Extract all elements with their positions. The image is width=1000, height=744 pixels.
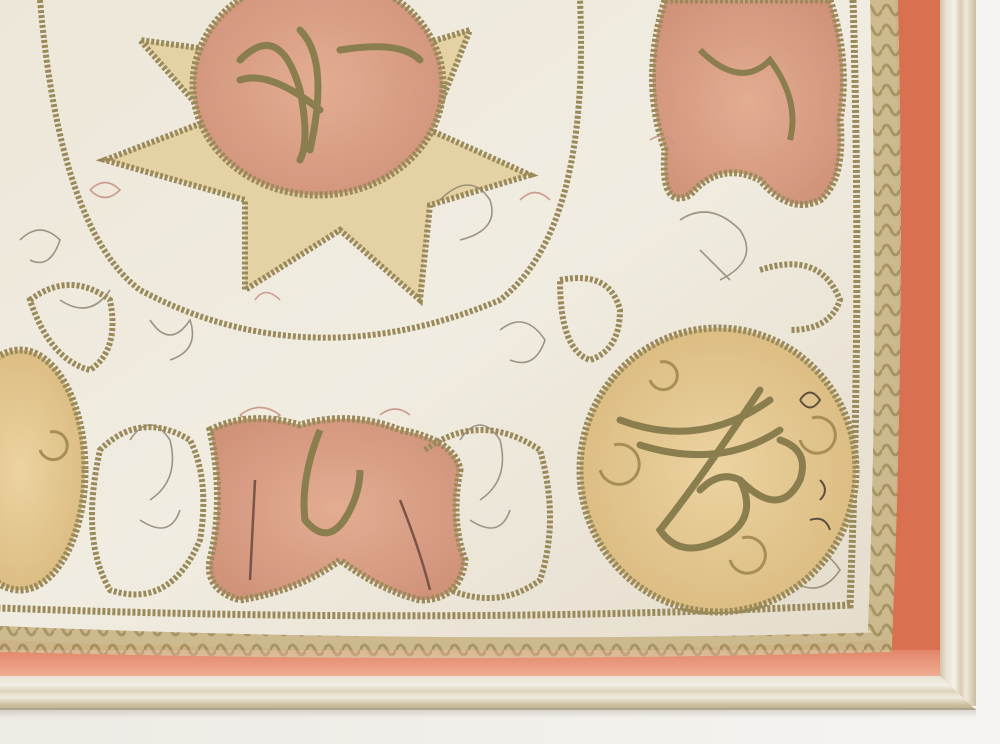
embroidered-textile — [0, 0, 910, 660]
photo-scene — [0, 0, 1000, 744]
frame-bottom-rail — [0, 676, 976, 710]
frame-right-rail — [940, 0, 976, 706]
glass-reflection — [0, 650, 940, 676]
frame-shadow — [0, 708, 976, 718]
